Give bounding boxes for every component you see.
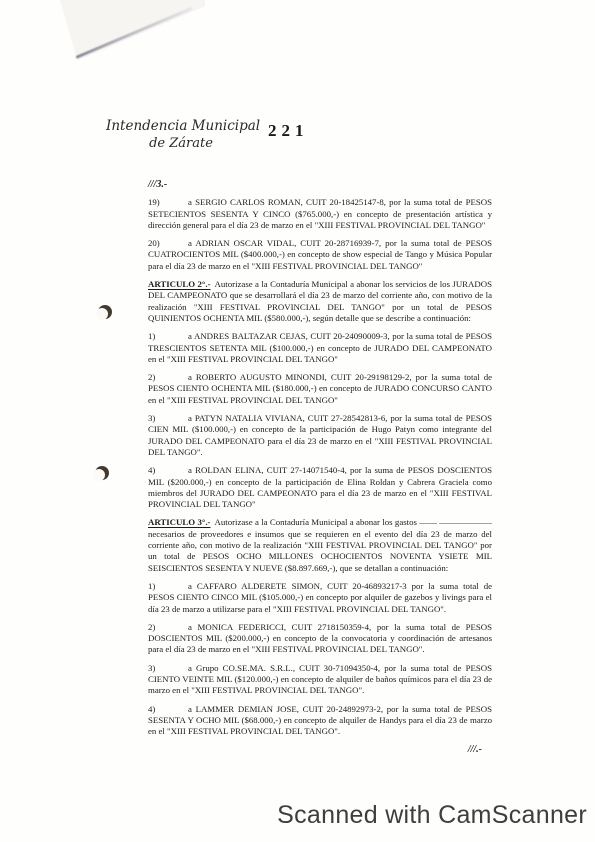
- articulo-3-paragraph: ARTICULO 3°.-Autorizase a la Contaduría …: [148, 517, 492, 573]
- articulo-2-heading: ARTICULO 2°.-: [148, 279, 211, 289]
- articulo-3-heading: ARTICULO 3°.-: [148, 517, 211, 527]
- punch-hole: [95, 466, 109, 480]
- camscanner-watermark: Scanned with CamScanner: [277, 801, 587, 830]
- scanned-page: Intendencia Municipal de Zárate 221 ///3…: [0, 0, 595, 842]
- page-fold-crease: [75, 7, 192, 59]
- list-item: 1)a ANDRES BALTAZAR CEJAS, CUIT 20-24090…: [148, 331, 492, 365]
- item-text: a ROLDAN ELINA, CUIT 27-14071540-4, por …: [148, 465, 492, 509]
- item-text: a CAFFARO ALDERETE SIMON, CUIT 20-468932…: [148, 581, 492, 614]
- punch-hole: [98, 305, 112, 319]
- list-item: 20)a ADRIAN OSCAR VIDAL, CUIT 20-2871693…: [148, 238, 492, 272]
- item-number: 20): [148, 238, 188, 249]
- item-text: a ROBERTO AUGUSTO MINONDI, CUIT 20-29198…: [148, 372, 492, 405]
- letterhead-line1: Intendencia Municipal: [106, 118, 256, 134]
- document-body: ///3.- 19)a SERGIO CARLOS ROMAN, CUIT 20…: [148, 179, 492, 756]
- item-text: a PATYN NATALIA VIVIANA, CUIT 27-2854281…: [148, 413, 492, 457]
- item-number: 2): [148, 372, 188, 383]
- item-text: a MONICA FEDERICCI, CUIT 2718150359-4, p…: [148, 622, 492, 655]
- letterhead-line2: de Zárate: [106, 136, 256, 151]
- item-number: 2): [148, 622, 188, 633]
- item-text: a ADRIAN OSCAR VIDAL, CUIT 20-28716939-7…: [148, 238, 492, 271]
- item-number: 1): [148, 581, 188, 592]
- item-text: a LAMMER DEMIAN JOSE, CUIT 20-24892973-2…: [148, 704, 492, 737]
- item-number: 19): [148, 197, 188, 208]
- item-number: 4): [148, 704, 188, 715]
- list-item: 4)a LAMMER DEMIAN JOSE, CUIT 20-24892973…: [148, 704, 492, 738]
- item-number: 3): [148, 663, 188, 674]
- list-item: 1)a CAFFARO ALDERETE SIMON, CUIT 20-4689…: [148, 581, 492, 615]
- page-number: 221: [268, 121, 309, 141]
- item-text: a ANDRES BALTAZAR CEJAS, CUIT 20-2409000…: [148, 331, 492, 364]
- list-item: 3)a PATYN NATALIA VIVIANA, CUIT 27-28542…: [148, 413, 492, 458]
- item-number: 1): [148, 331, 188, 342]
- list-item: 19)a SERGIO CARLOS ROMAN, CUIT 20-184251…: [148, 197, 492, 231]
- item-text: a SERGIO CARLOS ROMAN, CUIT 20-18425147-…: [148, 197, 492, 230]
- list-item: 2)a MONICA FEDERICCI, CUIT 2718150359-4,…: [148, 622, 492, 656]
- letterhead: Intendencia Municipal de Zárate: [106, 118, 256, 151]
- item-text: a Grupo CO.SE.MA. S.R.L., CUIT 30-710943…: [148, 663, 492, 696]
- continuation-mark-top: ///3.-: [148, 179, 492, 190]
- list-item: 2)a ROBERTO AUGUSTO MINONDI, CUIT 20-291…: [148, 372, 492, 406]
- list-item: 4)a ROLDAN ELINA, CUIT 27-14071540-4, po…: [148, 465, 492, 510]
- continuation-mark-bottom: ///.-: [148, 744, 492, 755]
- item-number: 4): [148, 465, 188, 476]
- page-fold-shade: [60, 0, 205, 62]
- item-number: 3): [148, 413, 188, 424]
- articulo-2-paragraph: ARTICULO 2°.-Autorizase a la Contaduría …: [148, 279, 492, 324]
- list-item: 3)a Grupo CO.SE.MA. S.R.L., CUIT 30-7109…: [148, 663, 492, 697]
